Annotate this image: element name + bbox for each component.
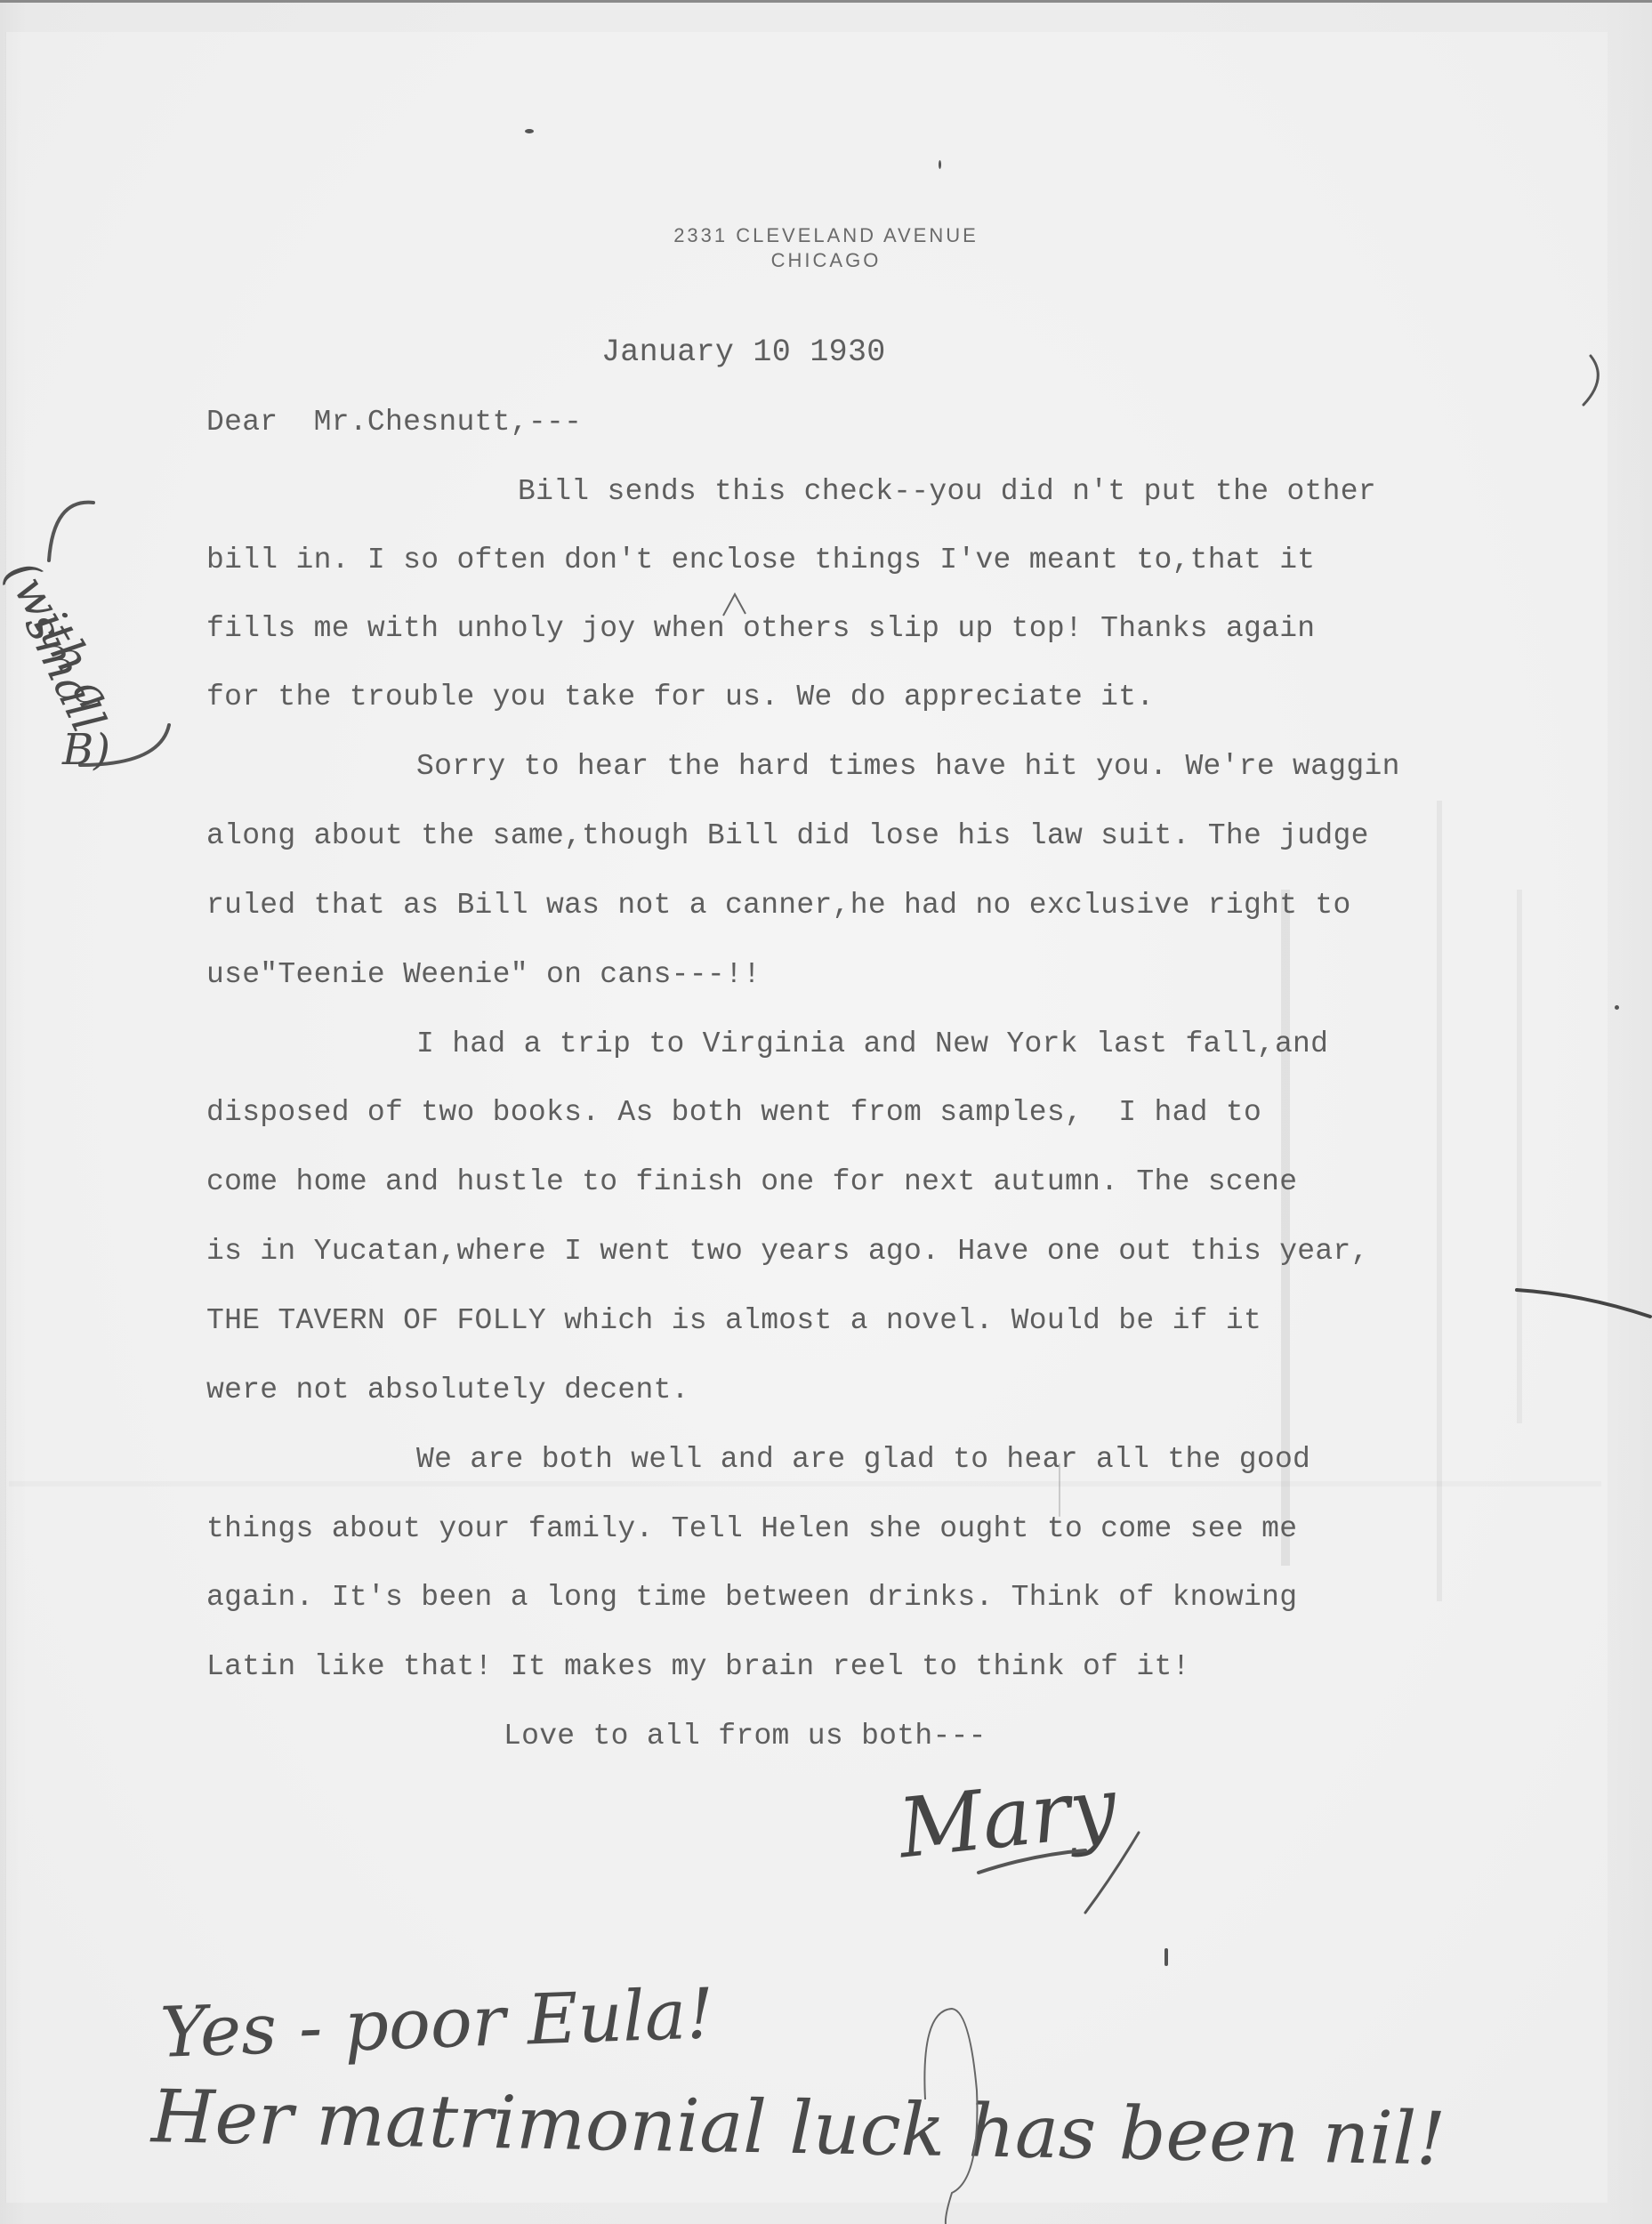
body-line: We are both well and are glad to hear al… [416,1443,1310,1476]
letterhead-city: CHICAGO [0,249,1652,272]
body-line: Bill sends this check--you did n't put t… [518,475,1376,508]
margin-note-line: B) [62,725,110,775]
stray-hair-mark [916,2002,987,2224]
scanned-letter-page: 2331 CLEVELAND AVENUE CHICAGO January 10… [0,0,1652,2224]
dust-speck [1615,1005,1619,1010]
dust-speck [939,160,941,169]
body-line: THE TAVERN OF FOLLY which is almost a no… [206,1304,1261,1337]
margin-paren-mark [1575,351,1610,414]
margin-note: (with a small B) [36,498,196,783]
scan-top-border [0,0,1652,3]
vertical-crease [1517,890,1522,1423]
body-line: is in Yucatan,where I went two years ago… [206,1235,1369,1268]
body-line: disposed of two books. As both went from… [206,1096,1261,1129]
body-line: things about your family. Tell Helen she… [206,1512,1297,1545]
body-line: fills me with unholy joy when others sli… [206,612,1315,645]
body-line: come home and hustle to finish one for n… [206,1165,1297,1198]
margin-line-mark [1512,1281,1652,1334]
body-line: were not absolutely decent. [206,1374,689,1406]
letter-date: January 10 1930 [601,334,886,370]
body-line: use"Teenie Weenie" on cans---!! [206,958,761,991]
body-line: for the trouble you take for us. We do a… [206,681,1154,713]
signature-flourish [961,1833,1192,1939]
body-line: again. It's been a long time between dri… [206,1581,1297,1614]
body-line: I had a trip to Virginia and New York la… [416,1027,1328,1060]
letterhead-street: 2331 CLEVELAND AVENUE [0,224,1652,247]
caret-mark [719,587,754,623]
body-line: Sorry to hear the hard times have hit yo… [416,750,1400,783]
dust-speck [525,129,534,133]
dust-speck [1059,1463,1060,1517]
salutation: Dear Mr.Chesnutt,--- [206,406,582,439]
closing: Love to all from us both--- [504,1720,987,1753]
body-line: Latin like that! It makes my brain reel … [206,1650,1190,1683]
body-line: ruled that as Bill was not a canner,he h… [206,889,1351,922]
body-line: bill in. I so often don't enclose things… [206,544,1315,576]
horizontal-crease [9,1481,1601,1487]
dust-speck [1164,1948,1168,1966]
body-line: along about the same,though Bill did los… [206,819,1369,852]
